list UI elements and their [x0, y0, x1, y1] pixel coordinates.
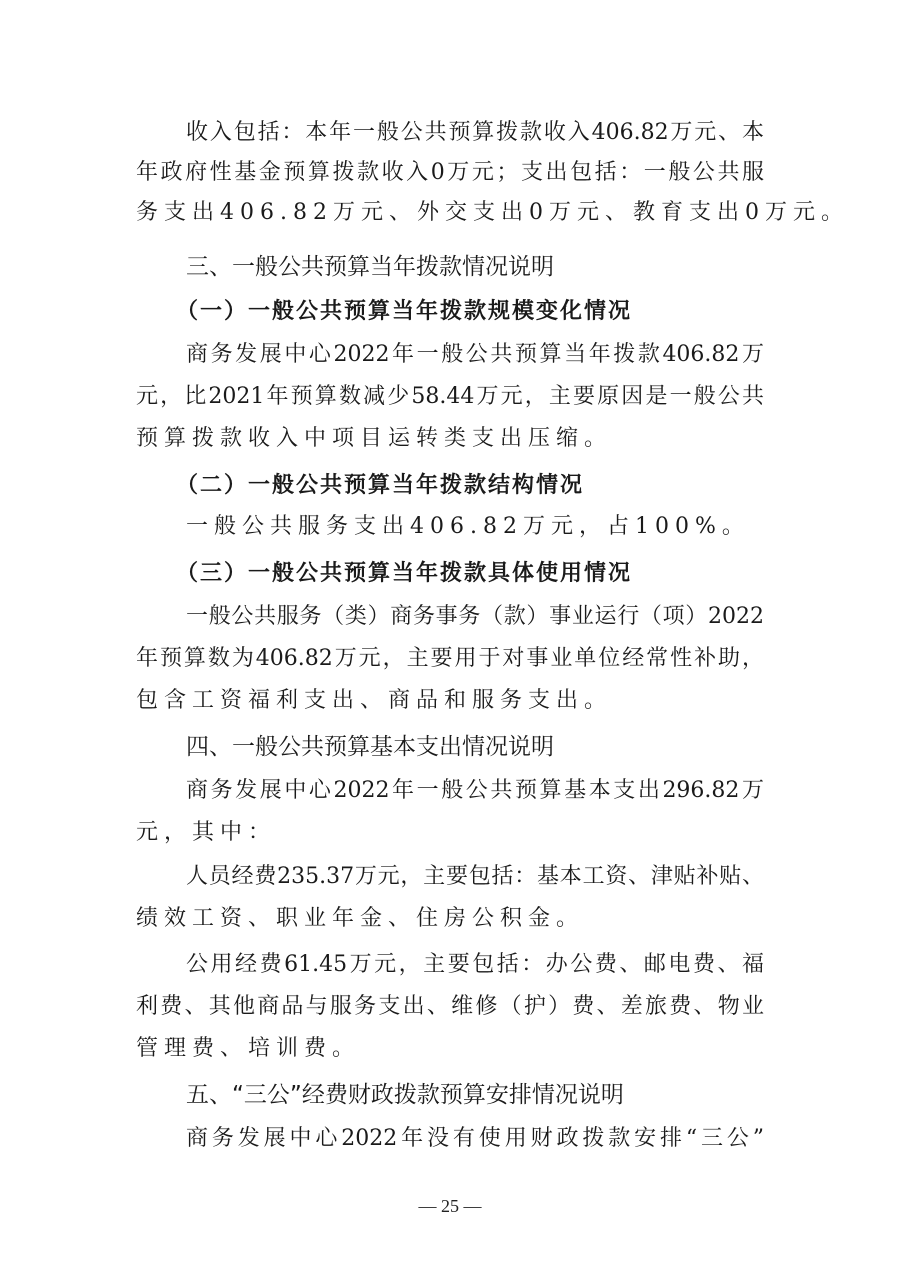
paragraph-line: 绩效工资、职业年金、住房公积金。 [136, 904, 764, 944]
paragraph-line: 收入包括：本年一般公共预算拨款收入406.82万元、本 [186, 118, 764, 158]
paragraph-line: 商务发展中心2022年一般公共预算当年拨款406.82万 [186, 340, 764, 380]
paragraph-line: 利费、其他商品与服务支出、维修（护）费、差旅费、物业 [136, 992, 764, 1032]
section-heading: 五、“三公”经费财政拨款预算安排情况说明 [186, 1080, 764, 1120]
paragraph-line: 商务发展中心2022年一般公共预算基本支出296.82万 [186, 776, 764, 816]
section-heading: 三、一般公共预算当年拨款情况说明 [186, 252, 764, 292]
paragraph-line: 一般公共服务（类）商务事务（款）事业运行（项）2022 [186, 602, 764, 642]
paragraph-line: 商务发展中心2022年没有使用财政拨款安排“三公” [186, 1124, 764, 1164]
page-number: — 25 — [0, 1196, 900, 1217]
subsection-heading: （二）一般公共预算当年拨款结构情况 [176, 470, 804, 510]
paragraph-line: 管理费、培训费。 [136, 1034, 764, 1074]
subsection-heading: （一）一般公共预算当年拨款规模变化情况 [176, 296, 804, 336]
paragraph-line: 务支出406.82万元、外交支出0万元、教育支出0万元。 [136, 198, 764, 238]
paragraph-line: 公用经费61.45万元，主要包括：办公费、邮电费、福 [186, 950, 764, 990]
paragraph-line: 人员经费235.37万元，主要包括：基本工资、津贴补贴、 [186, 862, 764, 902]
paragraph-line: 元，比2021年预算数减少58.44万元，主要原因是一般公共 [136, 382, 764, 422]
paragraph-line: 一般公共服务支出406.82万元，占100%。 [186, 512, 764, 552]
subsection-heading: （三）一般公共预算当年拨款具体使用情况 [176, 558, 804, 598]
paragraph-line: 包含工资福利支出、商品和服务支出。 [136, 686, 764, 726]
paragraph-line: 年预算数为406.82万元，主要用于对事业单位经常性补助， [136, 644, 764, 684]
paragraph-line: 年政府性基金预算拨款收入0万元；支出包括：一般公共服 [136, 158, 764, 198]
section-heading: 四、一般公共预算基本支出情况说明 [186, 732, 764, 772]
paragraph-line: 预算拨款收入中项目运转类支出压缩。 [136, 424, 764, 464]
paragraph-line: 元，其中： [136, 818, 764, 858]
